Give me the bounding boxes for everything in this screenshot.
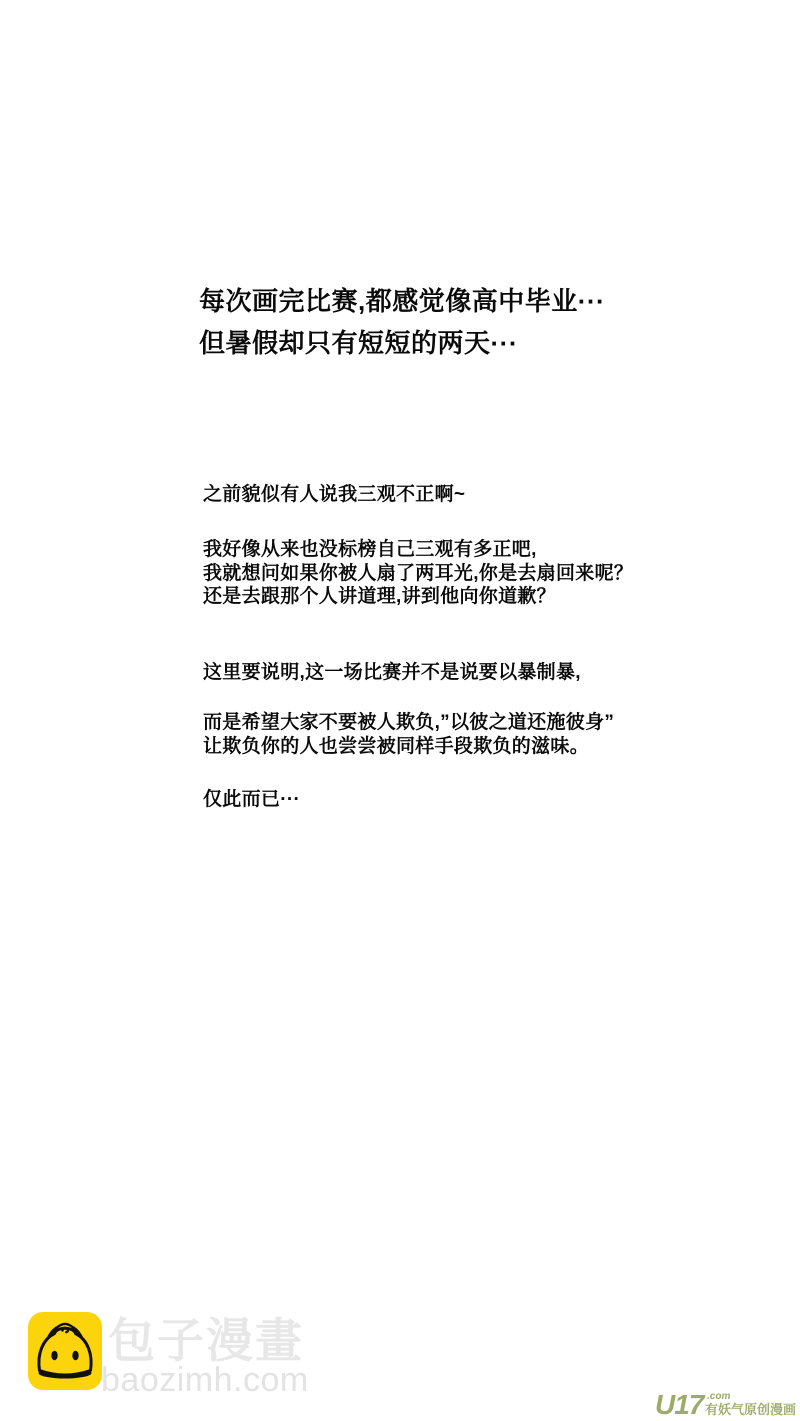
- note-paragraph: 仅此而已···: [203, 788, 300, 812]
- note-header-line: 每次画完比赛,都感觉像高中毕业···: [199, 280, 605, 322]
- note-line: 我就想问如果你被人扇了两耳光,你是去扇回来呢？: [203, 562, 633, 586]
- note-paragraph: 我好像从来也没标榜自己三观有多正吧, 我就想问如果你被人扇了两耳光,你是去扇回来…: [203, 538, 633, 609]
- u17-logo-com-suffix: .com: [707, 1392, 730, 1402]
- baozi-bun-icon: [28, 1312, 102, 1390]
- comic-note-page: 每次画完比赛,都感觉像高中毕业··· 但暑假却只有短短的两天··· 之前貌似有人…: [0, 0, 800, 1421]
- note-paragraph: 这里要说明,这一场比赛并不是说要以暴制暴,: [203, 661, 581, 685]
- note-paragraph: 而是希望大家不要被人欺负,”以彼之道还施彼身” 让欺负你的人也尝尝被同样手段欺负…: [203, 711, 614, 758]
- note-paragraph: 之前貌似有人说我三观不正啊~: [203, 483, 465, 507]
- publisher-tagline: 有妖气原创漫画: [705, 1403, 796, 1417]
- note-header: 每次画完比赛,都感觉像高中毕业··· 但暑假却只有短短的两天···: [199, 280, 605, 364]
- note-line: 而是希望大家不要被人欺负,”以彼之道还施彼身”: [203, 711, 614, 735]
- note-line: 我好像从来也没标榜自己三观有多正吧,: [203, 538, 633, 562]
- note-line: 之前貌似有人说我三观不正啊~: [203, 483, 465, 507]
- note-header-line: 但暑假却只有短短的两天···: [199, 322, 605, 364]
- site-domain-watermark: baozimh.com: [101, 1362, 309, 1398]
- u17-logo: U17: [655, 1392, 703, 1418]
- note-line: 仅此而已···: [203, 788, 300, 812]
- note-line: 还是去跟那个人讲道理,讲到他向你道歉？: [203, 585, 633, 609]
- note-line: 这里要说明,这一场比赛并不是说要以暴制暴,: [203, 661, 581, 685]
- site-name-watermark: 包子漫畫: [108, 1316, 304, 1366]
- note-line: 让欺负你的人也尝尝被同样手段欺负的滋味。: [203, 735, 614, 759]
